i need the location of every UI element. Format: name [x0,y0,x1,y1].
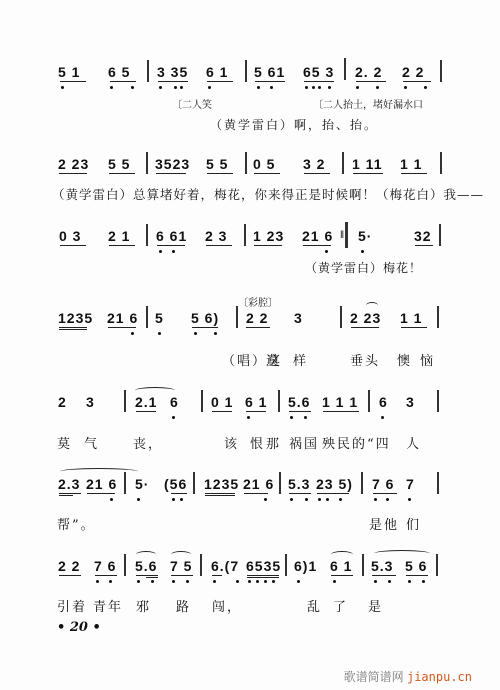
slur [136,551,156,558]
barline [124,390,126,412]
note-group: 2.3 [58,476,80,492]
low-octave-dot [312,86,315,89]
underline [247,577,279,578]
underline [289,493,311,494]
underline [303,245,331,246]
low-octave-dot [270,86,273,89]
underline [207,81,233,82]
underline [136,575,158,576]
barline [362,554,364,576]
underline [304,173,330,174]
underline [146,577,158,578]
barline [201,390,203,412]
staff-line-1: 5 1 6 5 3 35 6 1 5 61 65 3 2. 2 2 2 [0,58,500,98]
underline [110,81,136,82]
underline [59,329,87,330]
low-octave-dot [356,86,359,89]
note-group: 21 6 [107,310,138,326]
note-group: 5· [358,228,372,244]
note-group: 2.1 [135,394,157,410]
note-group: 3 35 [157,64,188,80]
barline [146,152,148,174]
note-group: 6 [170,394,179,410]
underline [157,245,185,246]
low-octave-dot [374,580,377,583]
underline [244,493,268,494]
low-octave-dot [180,498,183,501]
slur [331,551,353,558]
note-group: 2 3 [205,228,227,244]
low-octave-dot [305,498,308,501]
note-group: 3 2 [303,156,325,172]
low-octave-dot [290,498,293,501]
underline [323,411,359,412]
low-octave-dot [304,416,307,419]
note-group: 23 5) [316,476,353,492]
lyric: 闯， [212,596,242,615]
low-octave-dot [172,498,175,501]
barline [439,224,441,246]
underline [60,81,86,82]
low-octave-dot [172,416,175,419]
note-group: 6.(7 [211,558,239,574]
underline [108,327,136,328]
barline [437,390,439,412]
note-group: 5.3 [288,476,310,492]
note-group: (56 [164,476,187,492]
staff-line-2: 2 23 5 5 3523 5 5 0 5 3 2 1 11 1 1 [0,150,500,190]
barline [361,472,363,494]
note-group: 1 23 [253,228,284,244]
underline [255,81,285,82]
note-group: 1 1 [400,156,422,172]
low-octave-dot [404,86,407,89]
note-group: 6 5 [108,64,130,80]
note-group: 5 6) [191,310,219,326]
barline [236,306,238,328]
slur [60,468,138,475]
underline [254,173,280,174]
note-group: 5.6 [288,394,310,410]
note-group: 7 6 [372,476,394,492]
note-group: 5 6 [405,558,427,574]
note-group: 6535 [246,558,281,574]
underline [246,411,266,412]
low-octave-dot [109,580,112,583]
underline [406,575,428,576]
note-group: 6 [379,394,388,410]
barline [368,390,370,412]
note-group: 7 [406,476,415,492]
note-group: 21 6 [243,476,274,492]
underline [317,493,349,494]
low-octave-dot [213,580,216,583]
staff-line-3: 0 3 2 1 6 61 2 3 1 23 21 6 ‖ 5· 32 [0,222,500,262]
low-octave-dot [158,332,161,335]
low-octave-dot [339,498,342,501]
lyric: 恨 [250,433,265,452]
low-octave-dot [376,86,379,89]
low-octave-dot [264,580,267,583]
low-octave-dot [208,86,211,89]
lyric: 丧， [133,433,163,452]
underline [247,575,279,576]
low-octave-dot [388,580,391,583]
note-group: 3523 [155,156,190,172]
note-group: 2 2 [402,64,424,80]
note-group: 21 6 [302,228,333,244]
watermark: 歌谱简谱网 jianpu.cn [344,668,472,685]
watermark-en: jianpu.cn [407,670,472,684]
barline [278,390,280,412]
low-octave-dot [174,86,177,89]
lyric: 垂头 [350,350,380,369]
staff-line-4: 1235 21 6 5 5 6) 2 2 3 2 23 1 1 [0,304,500,344]
lyric: 样 [293,350,308,369]
note-group: 5 61 [254,64,285,80]
lyric: 气 [84,433,99,452]
note-group: 5.6 [135,558,157,574]
page-number: • 20 • [57,620,101,635]
underline [109,245,135,246]
underline [95,575,117,576]
note-group: 6 1 [206,64,228,80]
low-octave-dot [256,580,259,583]
low-octave-dot [172,580,175,583]
low-octave-dot [361,250,364,253]
barline [440,152,442,174]
spoken-line: （黄学雷白）啊，抬、抬。 [210,116,378,133]
barline [124,554,126,576]
note-group: 6 61 [156,228,187,244]
note-group: 7 6 [94,558,116,574]
staff-line-6: 2.3 21 6 5· (56 1235 21 6 5.3 23 5) 7 6 [0,470,500,510]
underline [212,575,222,576]
lyric: 懊 [397,350,412,369]
low-octave-dot [194,332,197,335]
note-group: 3 [86,394,95,410]
note-group: 2 23 [58,156,89,172]
low-octave-dot [297,580,300,583]
underline [356,81,386,82]
note-group: 2 2 [58,558,80,574]
low-octave-dot [272,580,275,583]
note-group: 5 [155,310,164,326]
low-octave-dot [257,86,260,89]
underline [136,411,156,412]
slur [171,551,191,558]
low-octave-dot [290,416,293,419]
underline [171,493,187,494]
low-octave-dot [180,86,183,89]
note-group: 1235 [58,310,93,326]
low-octave-dot [381,416,384,419]
barline [344,58,346,80]
underline [206,245,232,246]
repeat-mark: ‖ [340,230,345,241]
note-group: 0 1 [211,394,233,410]
slur [135,387,175,394]
staff-line-5: 2 3 2.1 6 0 1 6 1 5.6 1 1 1 6 3 [0,388,500,428]
low-octave-dot [110,498,113,501]
note-group: 2 2 [246,310,268,326]
low-octave-dot [172,250,175,253]
low-octave-dot [151,580,154,583]
low-octave-dot [248,580,251,583]
note-group: 65 3 [303,64,334,80]
underline [171,575,193,576]
underline [304,81,334,82]
note-group: 2 [58,394,67,410]
underline [156,173,186,174]
barline [146,306,148,328]
watermark-cn: 歌谱简谱网 [344,670,404,684]
underline [331,575,353,576]
low-octave-dot [326,498,329,501]
barline [340,306,342,328]
note-group: 7 5 [170,558,192,574]
low-octave-dot [408,580,411,583]
barline [440,60,442,82]
low-octave-dot [131,86,134,89]
barline [437,306,439,328]
note-group: 6)1 [294,558,317,574]
low-octave-dot [328,86,331,89]
low-octave-dot [318,498,321,501]
low-octave-dot [159,86,162,89]
lyric: 人 [406,433,421,452]
underline [59,327,87,328]
underline [401,173,427,174]
barline [124,472,126,494]
underline [207,173,233,174]
underline [415,245,433,246]
double-barline [345,222,348,248]
slur [374,550,430,557]
underline [254,245,282,246]
barline [147,60,149,82]
low-octave-dot [318,86,321,89]
low-octave-dot [137,580,140,583]
underline [403,81,431,82]
low-octave-dot [325,250,328,253]
low-octave-dot [159,250,162,253]
underline [109,173,135,174]
note-group: 1 11 [352,156,382,172]
note-group: 5 5 [206,156,228,172]
note-group: 5· [135,476,149,492]
note-group: 2. 2 [355,64,382,80]
barline [245,152,247,174]
note-group: 3 [294,310,303,326]
underline [353,173,383,174]
note-group: 5 5 [108,156,130,172]
low-octave-dot [186,580,189,583]
low-octave-dot [131,332,134,335]
low-octave-dot [408,498,411,501]
lyric: 恼 [420,350,435,369]
barline [245,60,247,82]
underline [351,327,379,328]
score-page: 5 1 6 5 3 35 6 1 5 61 65 3 2. 2 2 2 [0,0,500,690]
lyric: 这 [266,350,281,369]
low-octave-dot [61,86,64,89]
underline [59,575,81,576]
lyric: 莫 [57,433,72,452]
barline [200,554,202,576]
underline [192,327,218,328]
note-group: 0 5 [253,156,275,172]
note-group: 1235 [204,476,239,492]
barline [279,472,281,494]
low-octave-dot [424,86,427,89]
low-octave-dot [236,580,239,583]
underline [60,245,86,246]
note-group: 2 1 [108,228,130,244]
low-octave-dot [264,498,267,501]
barline [146,224,148,246]
lyric: 引着 [57,596,87,615]
lyric: 祸国 [289,433,319,452]
lyric: 青年 [93,596,123,615]
low-octave-dot [374,498,377,501]
note-group: 5 1 [58,64,80,80]
note-group: 1 1 1 [322,394,358,410]
low-octave-dot [386,498,389,501]
note-group: 1 1 [400,310,422,326]
note-group: 5.3 [371,558,393,574]
lyric: 了 [333,596,348,615]
staff-line-7: 2 2 7 6 5.6 7 5 6.(7 6535 6)1 6 1 [0,552,500,592]
barline [193,472,195,494]
lyric: 邪 [136,596,151,615]
underline [373,493,397,494]
low-octave-dot [305,86,308,89]
note-group: 0 3 [59,228,81,244]
note-group: 3 [406,394,415,410]
lyric: 是他 [369,514,399,533]
lyric: 该 [224,433,239,452]
underline [205,495,235,496]
stage-direction: 〔二人笑 [172,96,212,111]
spoken-line: （黄学雷白）总算堵好着，梅花，你来得正是时候啊！（梅花白）我—— [52,185,484,203]
low-octave-dot [137,498,140,501]
note-group: 6 1 [245,394,267,410]
note-group: 6 1 [330,558,352,574]
lyric: “四 [367,433,391,452]
low-octave-dot [333,580,336,583]
barline [285,554,287,576]
low-octave-dot [247,416,250,419]
underline [212,411,232,412]
barline [244,224,246,246]
underline [246,327,270,328]
note-group: 2 23 [350,310,381,326]
lyric: 乱 [307,596,322,615]
lyric: 殃民的 [322,433,367,452]
low-octave-dot [422,580,425,583]
underline [87,493,115,494]
underline [158,81,188,82]
barline [436,554,438,576]
stage-direction: 〔二人抬土，堵好漏水口 [313,96,423,111]
underline [59,173,87,174]
low-octave-dot [110,86,113,89]
lyric: 那 [266,433,281,452]
underline [372,575,396,576]
low-octave-dot [96,580,99,583]
note-group: 32 [414,228,432,244]
barline [437,472,439,494]
underline [205,493,235,494]
underline [59,495,73,496]
lyric: 帮”。 [57,514,96,533]
lyric: 们 [406,514,421,533]
barline [342,152,344,174]
low-octave-dot [214,332,217,335]
lyric: 路 [176,596,191,615]
spoken-line: （黄学雷白）梅花！ [305,259,422,276]
slur [366,302,378,309]
underline [289,411,311,412]
underline [401,327,427,328]
underline [59,493,81,494]
lyric: 是 [368,596,383,615]
note-group: 21 6 [86,476,117,492]
